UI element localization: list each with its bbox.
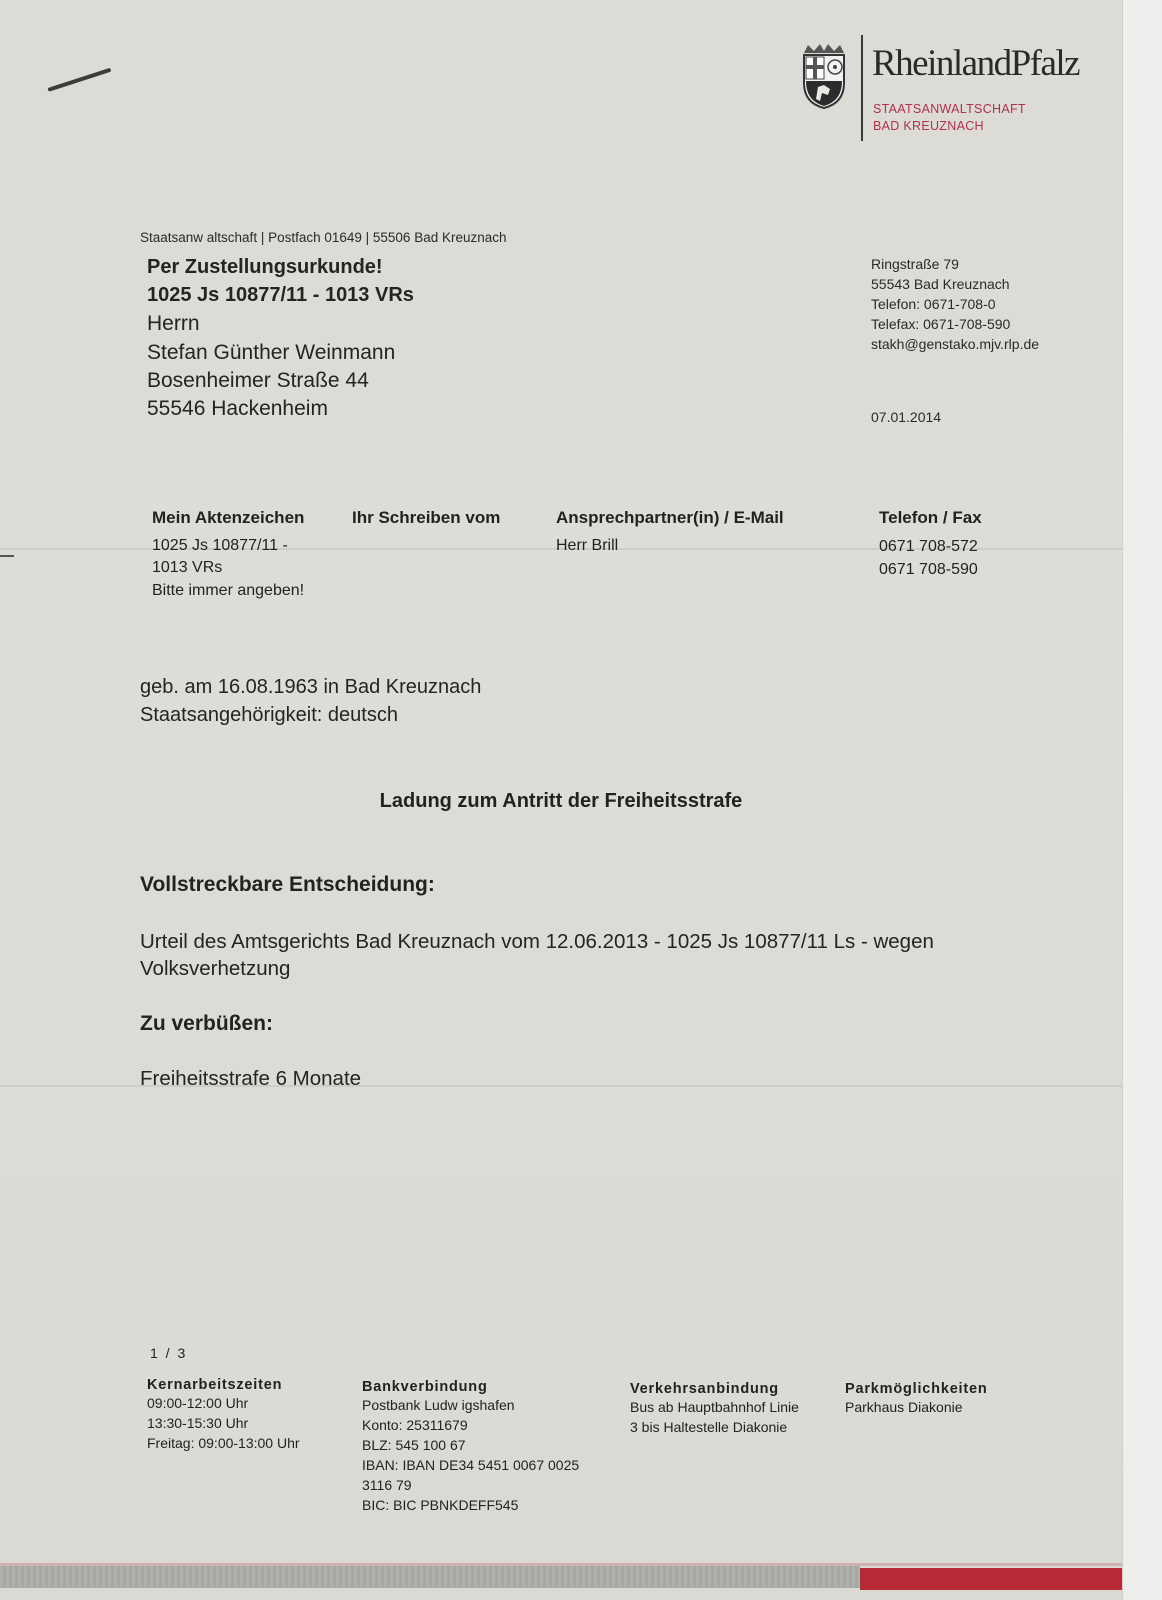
footer-parking: Parkmöglichkeiten Parkhaus Diakonie — [845, 1381, 988, 1417]
recipient-city: 55546 Hackenheim — [147, 397, 328, 421]
transport-line: Bus ab Hauptbahnhof Linie — [630, 1397, 799, 1417]
state-wordmark: RheinlandPfalz — [872, 42, 1079, 85]
footer-hours: Kernarbeitszeiten 09:00-12:00 Uhr 13:30-… — [147, 1377, 300, 1453]
header-your-letter: Ihr Schreiben vom — [352, 508, 500, 528]
sender-email[interactable]: stakh@genstako.mjv.rlp.de — [871, 336, 1039, 352]
contact-person: Herr Brill — [556, 537, 618, 555]
scan-edge — [1122, 0, 1162, 1600]
delivery-note: Per Zustellungsurkunde! — [147, 256, 383, 279]
authority-location: BAD KREUZNACH — [873, 119, 984, 133]
sentence-text: Freiheitsstrafe 6 Monate — [140, 1067, 361, 1091]
birth-info: geb. am 16.08.1963 in Bad Kreuznach — [140, 676, 481, 699]
my-reference-line: 1025 Js 10877/11 - — [152, 537, 288, 555]
sentence-heading: Zu verbüßen: — [140, 1012, 273, 1036]
hours-line: 13:30-15:30 Uhr — [147, 1413, 300, 1433]
footer-band-gray — [0, 1566, 860, 1588]
nationality: Staatsangehörigkeit: deutsch — [140, 704, 398, 727]
bank-line: Konto: 25311679 — [362, 1415, 579, 1435]
bank-heading: Bankverbindung — [362, 1379, 579, 1395]
header-contact: Ansprechpartner(in) / E-Mail — [556, 508, 784, 528]
return-address: Staatsanw altschaft | Postfach 01649 | 5… — [140, 230, 507, 245]
recipient-street: Bosenheimer Straße 44 — [147, 369, 369, 393]
my-reference-note: Bitte immer angeben! — [152, 582, 304, 600]
sender-city: 55543 Bad Kreuznach — [871, 276, 1010, 292]
footer-band-red — [860, 1568, 1122, 1590]
my-reference-line: 1013 VRs — [152, 559, 222, 577]
logo-divider — [861, 35, 863, 141]
recipient-salutation: Herrn — [147, 312, 200, 336]
header-my-reference: Mein Aktenzeichen — [152, 508, 304, 528]
header-phone-fax: Telefon / Fax — [879, 508, 982, 528]
page-number: 1 / 3 — [150, 1345, 187, 1361]
coat-of-arms-icon — [800, 43, 848, 109]
transport-line: 3 bis Haltestelle Diakonie — [630, 1417, 799, 1437]
hours-heading: Kernarbeitszeiten — [147, 1377, 300, 1393]
sender-phone: Telefon: 0671-708-0 — [871, 296, 996, 312]
bank-line: IBAN: IBAN DE34 5451 0067 0025 — [362, 1455, 579, 1475]
decision-text: Urteil des Amtsgerichts Bad Kreuznach vo… — [140, 930, 934, 954]
letter-date: 07.01.2014 — [871, 409, 941, 425]
decision-heading: Vollstreckbare Entscheidung: — [140, 873, 435, 897]
bank-line: BIC: BIC PBNKDEFF545 — [362, 1495, 579, 1515]
recipient-name: Stefan Günther Weinmann — [147, 341, 395, 365]
transport-heading: Verkehrsanbindung — [630, 1381, 799, 1397]
hours-line: Freitag: 09:00-13:00 Uhr — [147, 1433, 300, 1453]
case-reference: 1025 Js 10877/11 - 1013 VRs — [147, 284, 414, 307]
hours-line: 09:00-12:00 Uhr — [147, 1393, 300, 1413]
sender-street: Ringstraße 79 — [871, 256, 959, 272]
contact-fax: 0671 708-590 — [879, 561, 978, 579]
decision-text-cont: Volksverhetzung — [140, 957, 290, 981]
bank-line: Postbank Ludw igshafen — [362, 1395, 579, 1415]
authority-name: STAATSANWALTSCHAFT — [873, 102, 1026, 116]
sender-fax: Telefax: 0671-708-590 — [871, 316, 1010, 332]
parking-line: Parkhaus Diakonie — [845, 1397, 988, 1417]
parking-heading: Parkmöglichkeiten — [845, 1381, 988, 1397]
bank-line: 3116 79 — [362, 1475, 579, 1495]
contact-phone: 0671 708-572 — [879, 538, 978, 556]
fold-mark — [0, 555, 14, 557]
footer-transport: Verkehrsanbindung Bus ab Hauptbahnhof Li… — [630, 1381, 799, 1437]
footer-bank: Bankverbindung Postbank Ludw igshafen Ko… — [362, 1379, 579, 1515]
document-title: Ladung zum Antritt der Freiheitsstrafe — [0, 790, 1122, 813]
bank-line: BLZ: 545 100 67 — [362, 1435, 579, 1455]
